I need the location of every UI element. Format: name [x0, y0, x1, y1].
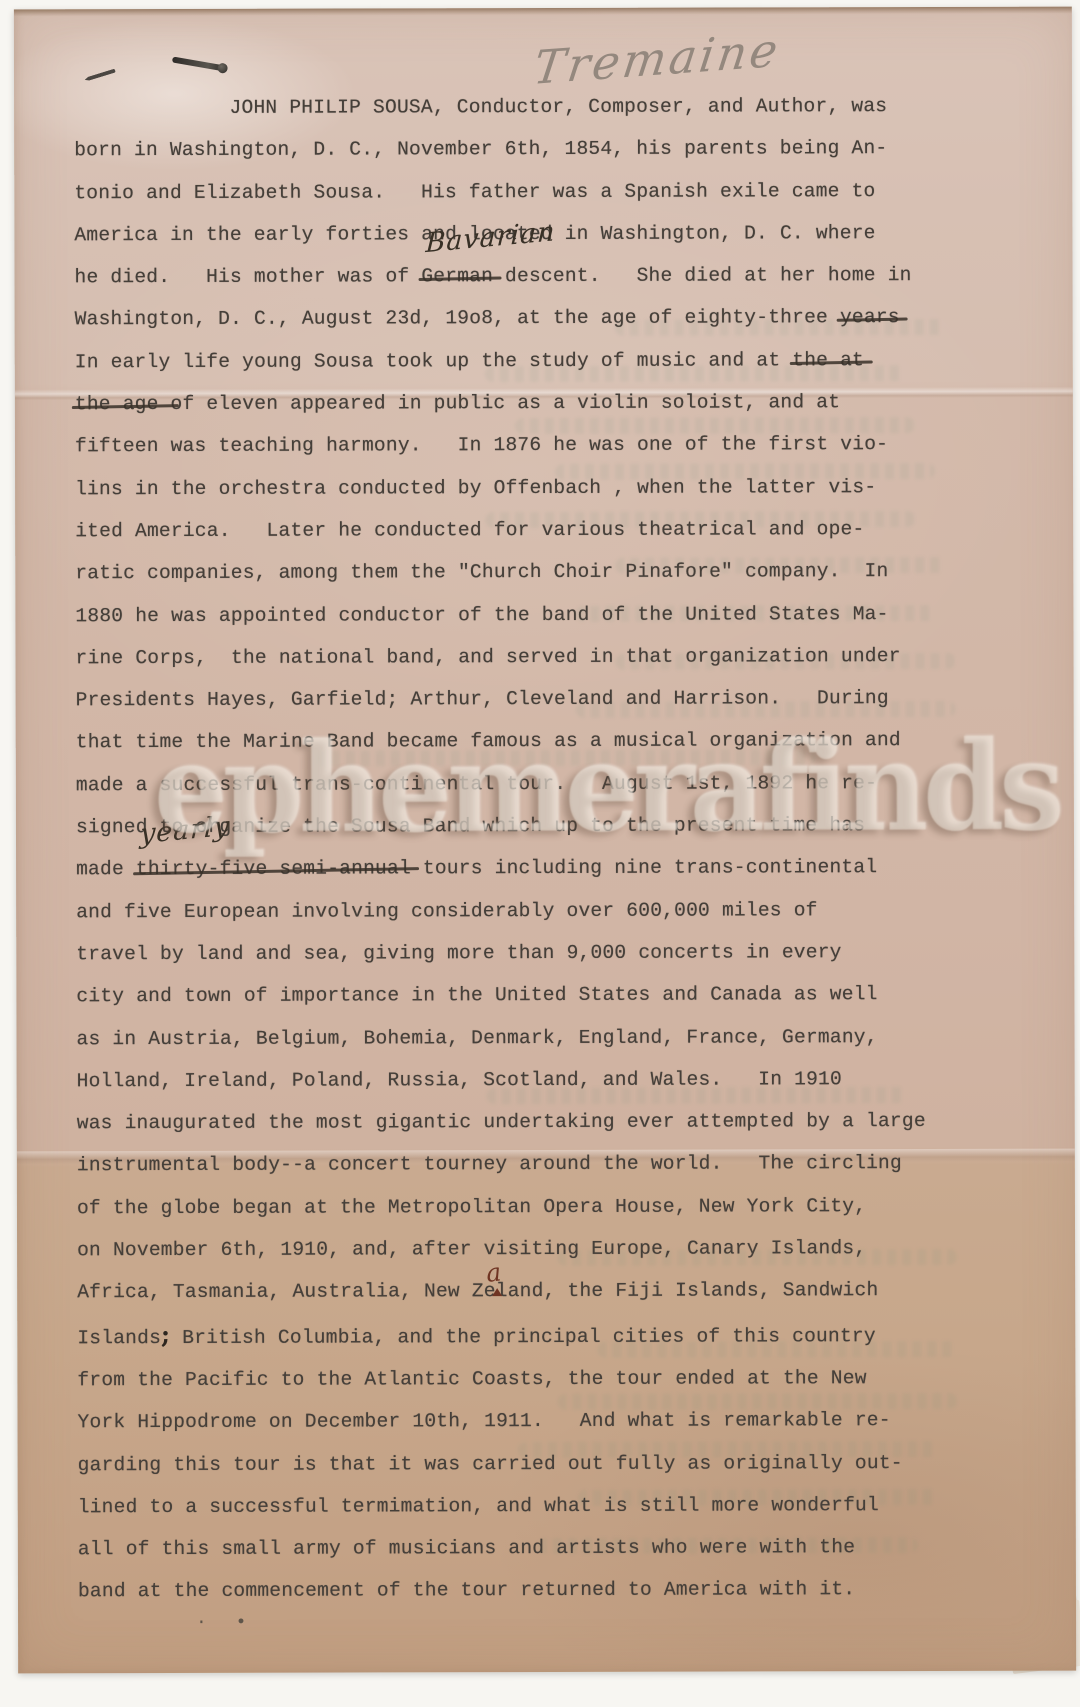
- typed-line: instrumental body--a concert tourney aro…: [77, 1142, 926, 1187]
- handwritten-correction: yearly: [139, 813, 230, 848]
- inserted-letter: a: [484, 1260, 502, 1286]
- typed-line: made a successful trans-continental tour…: [76, 762, 925, 807]
- strikethrough-text: GermanBavarian: [421, 255, 493, 297]
- typed-line: York Hippodrome on December 10th, 1911. …: [77, 1399, 926, 1444]
- typed-line: city and town of importance in the Unite…: [76, 973, 925, 1018]
- typed-line: as in Austria, Belgium, Bohemia, Denmark…: [76, 1016, 925, 1061]
- caret-icon: [492, 1288, 502, 1296]
- typed-line: and five European involving considerably…: [76, 889, 925, 934]
- typed-line: band at the commencement of the tour ret…: [78, 1568, 927, 1613]
- typed-segment: 1880 he was appointed conductor of the b…: [75, 603, 888, 627]
- typed-line: In early life young Sousa took up the st…: [75, 339, 924, 384]
- typed-segment: tonio and Elizabeth Sousa. His father wa…: [74, 180, 875, 204]
- typed-segment: In early life young Sousa took up the st…: [75, 349, 793, 373]
- typed-segment: Islands: [77, 1327, 161, 1349]
- typed-segment: Holland, Ireland, Poland, Russia, Scotla…: [77, 1068, 842, 1092]
- typed-segment: York Hippodrome on December 10th, 1911. …: [77, 1409, 890, 1433]
- staple-pin-icon: [84, 69, 116, 82]
- typed-segment: lins in the orchestra conducted by Offen…: [75, 476, 876, 500]
- paper-torn-top-edge: [14, 7, 1072, 17]
- typed-segment: and five European involving considerably…: [76, 899, 817, 923]
- typed-segment: descent. She died at her home in: [493, 264, 912, 287]
- typed-line: he died. His mother was of GermanBavaria…: [74, 254, 923, 299]
- typed-line: all of this small army of musicians and …: [78, 1526, 927, 1571]
- staple-pin-icon: [172, 57, 224, 72]
- typed-line: of the globe began at the Metropolitan O…: [77, 1185, 926, 1230]
- typed-segment: on November 6th, 1910, and, after visiti…: [77, 1237, 866, 1261]
- typed-text-block: JOHN PHILIP SOUSA, Conductor, Composer, …: [74, 85, 927, 1613]
- footer-marks: · •: [196, 1613, 255, 1633]
- strikethrough-text: thirty-five semi-annualyearly: [136, 848, 411, 891]
- typed-line: was inaugurated the most gigantic undert…: [77, 1100, 926, 1145]
- manuscript-paper: Tremaine JOHN PHILIP SOUSA, Conductor, C…: [14, 7, 1076, 1674]
- typed-segment: city and town of importance in the Unite…: [76, 983, 877, 1007]
- typed-segment: land, the Fiji Islands, Sandwich: [496, 1279, 879, 1302]
- typed-segment: Africa, Tasmania, Australia, New Ze: [77, 1280, 496, 1303]
- typed-segment: made a successful trans-continental tour…: [76, 772, 877, 796]
- typed-line: lined to a successful termimation, and w…: [78, 1484, 927, 1529]
- strikethrough-text: years: [840, 297, 900, 339]
- typed-segment: band at the commencement of the tour ret…: [78, 1579, 855, 1603]
- typed-segment: Washington, D. C., August 23d, 19o8, at …: [75, 307, 840, 331]
- handwritten-owner-name: Tremaine: [531, 22, 784, 95]
- typed-line: fifteen was teaching harmony. In 1876 he…: [75, 423, 924, 468]
- typed-line: the age of eleven appeared in public as …: [75, 381, 924, 426]
- typed-segment: ited America. Later he conducted for var…: [75, 518, 864, 542]
- typed-segment: travel by land and sea, giving more than…: [76, 941, 841, 965]
- typed-line: ited America. Later he conducted for var…: [75, 508, 924, 553]
- typed-segment: of eleven appeared in public as a violin…: [171, 391, 841, 415]
- typed-segment: all of this small army of musicians and …: [78, 1536, 855, 1560]
- typed-segment: of the globe began at the Metropolitan O…: [77, 1195, 866, 1219]
- typed-line: born in Washington, D. C., November 6th,…: [74, 127, 923, 172]
- typed-segment: was inaugurated the most gigantic undert…: [77, 1110, 926, 1134]
- typed-line: that time the Marine Band became famous …: [76, 719, 925, 764]
- typed-segment: born in Washington, D. C., November 6th,…: [74, 137, 887, 161]
- typed-line: ratic companies, among them the "Church …: [75, 550, 924, 595]
- typed-line: rine Corps, the national band, and serve…: [75, 635, 924, 680]
- strikethrough-text: the age: [75, 383, 171, 426]
- typed-segment: he died. His mother was of: [74, 266, 421, 289]
- typed-line: Presidents Hayes, Garfield; Arthur, Clev…: [76, 677, 925, 722]
- typed-segment: from the Pacific to the Atlantic Coasts,…: [77, 1367, 866, 1391]
- typed-segment: that time the Marine Band became famous …: [76, 730, 901, 754]
- typed-segment: JOHN PHILIP SOUSA, Conductor, Composer, …: [74, 95, 887, 119]
- typed-segment: lined to a successful termimation, and w…: [78, 1494, 879, 1518]
- typed-line: Holland, Ireland, Poland, Russia, Scotla…: [77, 1058, 926, 1103]
- typed-line: from the Pacific to the Atlantic Coasts,…: [77, 1357, 926, 1402]
- typed-segment: tours including nine trans-continental: [411, 856, 877, 879]
- typed-segment: as in Austria, Belgium, Bohemia, Denmark…: [76, 1026, 877, 1050]
- typed-line: travel by land and sea, giving more than…: [76, 931, 925, 976]
- typed-line: JOHN PHILIP SOUSA, Conductor, Composer, …: [74, 85, 923, 130]
- typed-segment: instrumental body--a concert tourney aro…: [77, 1152, 902, 1176]
- typed-segment: British Columbia, and the principal citi…: [170, 1325, 876, 1349]
- typed-segment: ratic companies, among them the "Church …: [75, 560, 888, 584]
- typed-line: tonio and Elizabeth Sousa. His father wa…: [74, 170, 923, 215]
- typed-line: Islands; British Columbia, and the princ…: [77, 1312, 926, 1360]
- typed-segment: made: [76, 858, 136, 880]
- scan-background: { "meta": { "kind": "scanned typewritten…: [0, 0, 1080, 1707]
- typed-line: Africa, Tasmania, Australia, New Zealand…: [77, 1269, 926, 1314]
- typed-line: on November 6th, 1910, and, after visiti…: [77, 1227, 926, 1272]
- typed-segment: rine Corps, the national band, and serve…: [75, 645, 900, 669]
- typed-line: lins in the orchestra conducted by Offen…: [75, 466, 924, 511]
- typed-line: Washington, D. C., August 23d, 19o8, at …: [75, 296, 924, 341]
- handwritten-punctuation: ;: [161, 1320, 170, 1349]
- typed-line: made thirty-five semi-annualyearly tours…: [76, 846, 925, 891]
- typed-line: 1880 he was appointed conductor of the b…: [75, 593, 924, 638]
- strikethrough-text: the at: [792, 339, 864, 381]
- typed-segment: Presidents Hayes, Garfield; Arthur, Clev…: [76, 687, 889, 711]
- typed-segment: fifteen was teaching harmony. In 1876 he…: [75, 433, 888, 457]
- typed-segment: garding this tour is that it was carried…: [78, 1452, 903, 1476]
- typed-line: garding this tour is that it was carried…: [78, 1442, 927, 1487]
